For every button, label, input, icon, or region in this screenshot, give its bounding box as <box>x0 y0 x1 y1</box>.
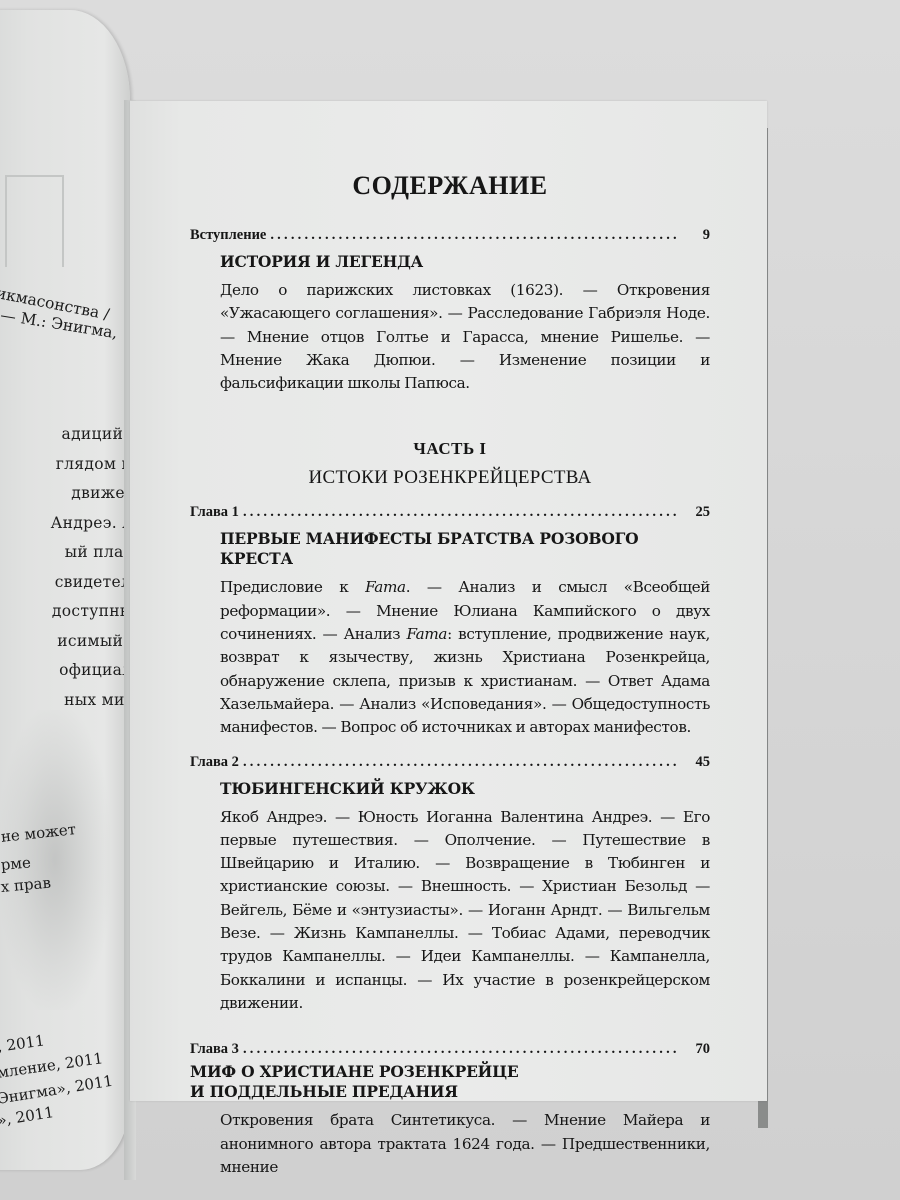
chapter-title-line: МИФ О ХРИСТИАНЕ РОЗЕНКРЕЙЦЕ <box>190 1062 710 1082</box>
chapter-description: Якоб Андреэ. — Юность Иоганна Валентина … <box>220 806 710 1016</box>
toc-entry-label: Вступление <box>190 227 266 244</box>
leader-dots: ........................................… <box>243 504 680 521</box>
toc-entry-label: Глава 2 <box>190 754 239 771</box>
desc-text: Предисловие к <box>220 578 365 596</box>
right-page: СОДЕРЖАНИЕ Вступление ..................… <box>130 101 767 1101</box>
toc-entry-chapter-2: Глава 2 ................................… <box>190 754 710 771</box>
table-of-contents: СОДЕРЖАНИЕ Вступление ..................… <box>190 171 710 1179</box>
toc-page-number: 9 <box>686 227 710 244</box>
chapter-title: МИФ О ХРИСТИАНЕ РОЗЕНКРЕЙЦЕ И ПОДДЕЛЬНЫЕ… <box>190 1062 710 1102</box>
chapter-description: Откровения брата Синтетикуса. — Мнение М… <box>220 1109 710 1179</box>
chapter-title-line: И ПОДДЕЛЬНЫЕ ПРЕДАНИЯ <box>190 1082 710 1102</box>
section-description: Дело о парижских листовках (1623). — Отк… <box>220 279 710 395</box>
part-label: ЧАСТЬ I <box>190 439 710 459</box>
chapter-title: ПЕРВЫЕ МАНИФЕСТЫ БРАТСТВА РОЗОВОГО КРЕСТ… <box>220 529 710 569</box>
chapter-description: Предисловие к Fama. — Анализ и смысл «Вс… <box>220 576 710 739</box>
toc-title: СОДЕРЖАНИЕ <box>190 171 710 201</box>
toc-page-number: 25 <box>686 504 710 521</box>
leader-dots: ........................................… <box>243 754 680 771</box>
toc-entry-chapter-1: Глава 1 ................................… <box>190 504 710 521</box>
part-title: ИСТОКИ РОЗЕНКРЕЙЦЕРСТВА <box>190 467 710 489</box>
leader-dots: ........................................… <box>270 227 680 244</box>
show-through-figure <box>5 175 64 267</box>
toc-page-number: 45 <box>686 754 710 771</box>
section-title: ИСТОРИЯ И ЛЕГЕНДА <box>220 252 710 272</box>
toc-entry-chapter-3: Глава 3 ................................… <box>190 1041 710 1058</box>
left-rights-line-2: рме <box>0 853 32 874</box>
leader-dots: ........................................… <box>243 1041 680 1058</box>
toc-page-number: 70 <box>686 1041 710 1058</box>
desc-italic: Fama <box>406 625 447 643</box>
toc-entry-label: Глава 1 <box>190 504 239 521</box>
desc-italic: Fama <box>365 578 406 596</box>
chapter-title: ТЮБИНГЕНСКИЙ КРУЖОК <box>220 779 710 799</box>
toc-entry-label: Глава 3 <box>190 1041 239 1058</box>
toc-entry-intro: Вступление .............................… <box>190 227 710 244</box>
